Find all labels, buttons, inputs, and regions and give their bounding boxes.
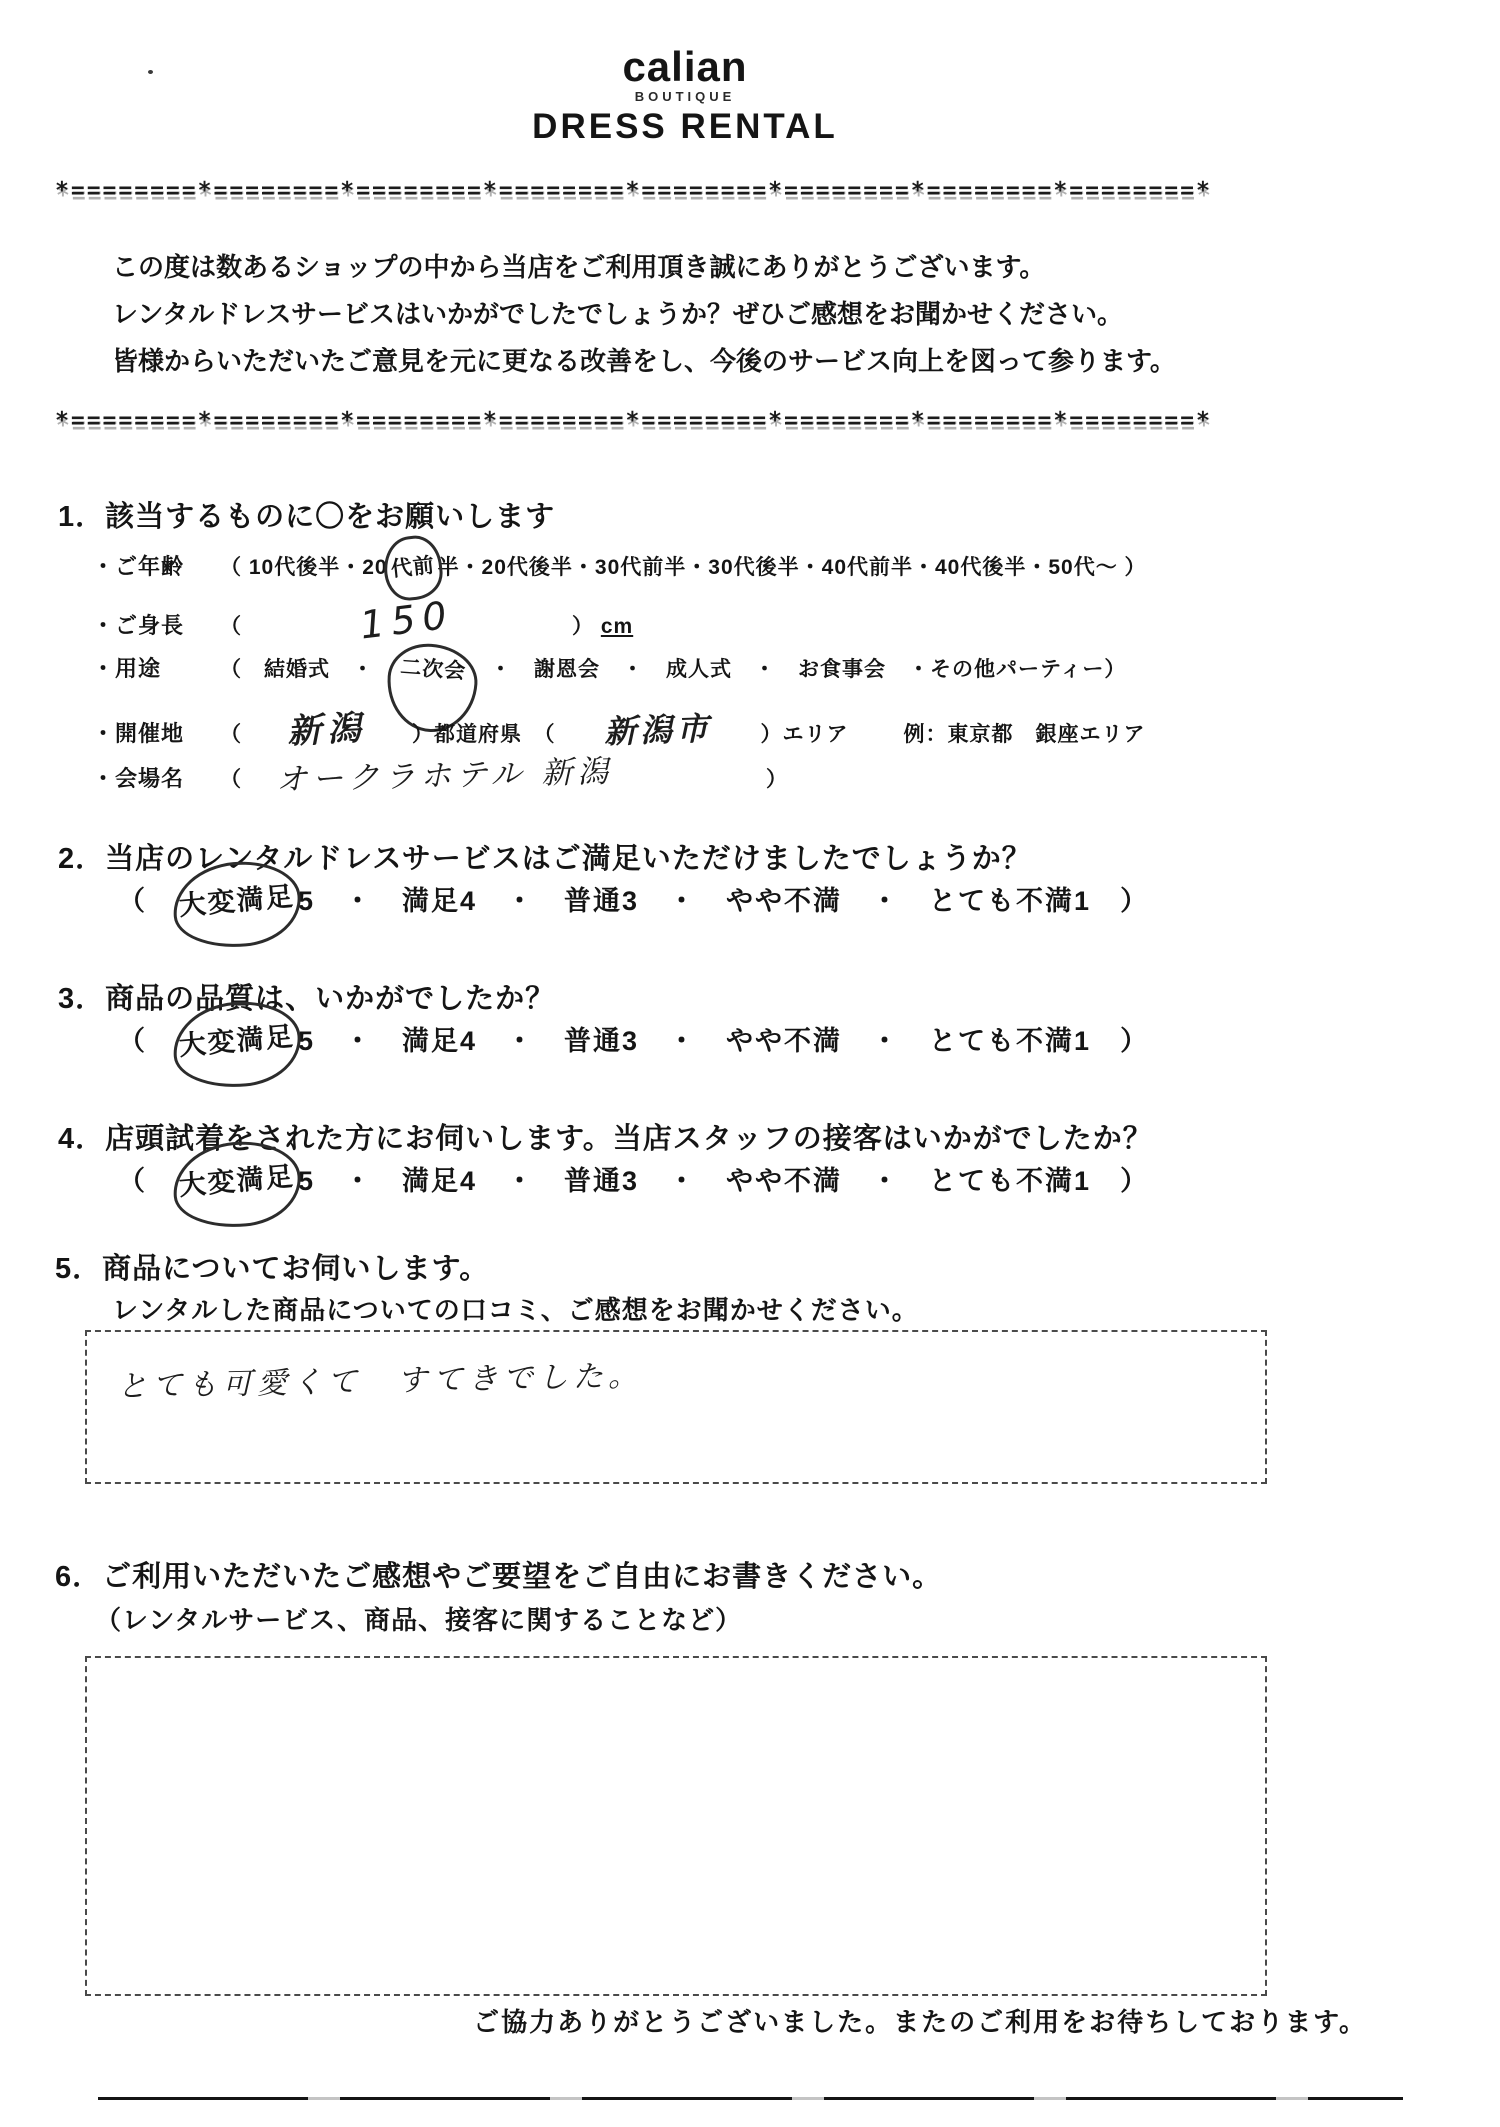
brand-sub-label: BOUTIQUE [0, 89, 1370, 104]
brand-logo: calian [0, 46, 1370, 88]
closing-thanks-text: ご協力ありがとうございました。またのご利用をお待ちしております。 [0, 2002, 1367, 2039]
q2-options-before: （ [118, 886, 176, 916]
q5-handwritten-answer: とても可愛くて すてきでした。 [117, 1350, 644, 1405]
area-handwritten-value: 新潟市 [603, 703, 713, 753]
height-answer-slot: 150 [242, 598, 572, 642]
document-title: DRESS RENTAL [0, 107, 1370, 147]
place-paren-close-2: ） [761, 723, 783, 746]
height-paren-open: （ [220, 615, 242, 638]
question-6-comment-box [85, 1656, 1267, 1996]
question-5-subtitle: レンタルした商品についての口コミ、ご感想をお聞かせください。 [112, 1290, 919, 1327]
area-answer-slot: 新潟市 [556, 705, 761, 751]
q4-options-after: 5 ・ 満足4 ・ 普通3 ・ やや不満 ・ とても不満1 ） [298, 1166, 1149, 1196]
age-row: ・ご年齢（ 10代後半・20代前半・20代後半・30代前半・30代後半・40代前… [92, 548, 1147, 584]
place-paren-open-2: （ [544, 723, 556, 746]
venue-row: ・会場名（オークラホテル 新潟） [92, 750, 788, 795]
question-1-title: 1．該当するものに〇をお願いします [58, 494, 555, 535]
venue-paren-open: （ [220, 768, 242, 791]
purpose-options-after: ・ 謝恩会 ・ 成人式 ・ お食事会 ・その他パーティー） [468, 658, 1126, 681]
height-row: ・ご身長（150） cm [92, 598, 633, 642]
q4-options-before: （ [118, 1166, 176, 1196]
intro-paragraph: この度は数あるショップの中から当店をご利用頂き誠にありがとうございます。 レンタ… [112, 244, 1176, 385]
question-2-options: （ 大変満足5 ・ 満足4 ・ 普通3 ・ やや不満 ・ とても不満1 ） [118, 876, 1149, 921]
q3-options-before: （ [118, 1026, 176, 1056]
height-paren-close: ） [572, 615, 594, 638]
question-4-options: （ 大変満足5 ・ 満足4 ・ 普通3 ・ やや不満 ・ とても不満1 ） [118, 1156, 1149, 1201]
age-label: ・ご年齢 [92, 550, 220, 581]
place-paren-open: （ [220, 723, 242, 746]
separator-line-middle: *========*========*========*========*===… [55, 408, 1380, 434]
survey-document: calian BOUTIQUE DRESS RENTAL *========*=… [0, 0, 1500, 2127]
height-label: ・ご身長 [92, 609, 220, 640]
question-3-title: 3．商品の品質は、いかがでしたか？ [58, 976, 555, 1017]
prefecture-handwritten-value: 新潟 [286, 700, 368, 753]
question-5-title: 5．商品についてお伺いします。 [55, 1246, 489, 1287]
venue-handwritten-value: オークラホテル 新潟 [275, 746, 613, 800]
height-handwritten-value: 150 [358, 592, 456, 647]
venue-label: ・会場名 [92, 762, 220, 793]
scan-bottom-line [98, 2097, 1403, 2100]
document-header: calian BOUTIQUE DRESS RENTAL [0, 46, 1370, 147]
place-label: ・開催地 [92, 717, 220, 748]
prefecture-answer-slot: 新潟 [242, 702, 412, 751]
age-options-before: （ 10代後半・20 [220, 556, 388, 579]
age-selected-circle-mark: 代前 [380, 533, 444, 603]
intro-line-2: レンタルドレスサービスはいかがでしたでしょうか？ぜひご感想をお聞かせください。 [112, 291, 1176, 338]
venue-answer-slot: オークラホテル 新潟 [242, 750, 766, 795]
venue-paren-close: ） [766, 768, 788, 791]
question-6-subtitle: （レンタルサービス、商品、接客に関することなど） [95, 1600, 742, 1637]
q2-options-after: 5 ・ 満足4 ・ 普通3 ・ やや不満 ・ とても不満1 ） [298, 886, 1149, 916]
age-options-after: 半・20代後半・30代前半・30代後半・40代前半・40代後半・50代～ ） [438, 556, 1147, 579]
question-5-comment-box: とても可愛くて すてきでした。 [85, 1330, 1267, 1484]
purpose-options-before: （ 結婚式 ・ [220, 658, 396, 681]
place-prefecture-suffix: 都道府県 [434, 723, 522, 746]
intro-line-3: 皆様からいただいたご意見を元に更なる改善をし、今後のサービス向上を図って参ります… [112, 338, 1176, 385]
place-row: ・開催地（新潟）都道府県 （新潟市）エリア例：東京都 銀座エリア [92, 702, 1146, 751]
place-area-suffix: エリア [783, 723, 849, 746]
purpose-label: ・用途 [92, 652, 220, 683]
purpose-row: ・用途（ 結婚式 ・ 二次会 ・ 謝恩会 ・ 成人式 ・ お食事会 ・その他パー… [92, 650, 1126, 686]
question-3-options: （ 大変満足5 ・ 満足4 ・ 普通3 ・ やや不満 ・ とても不満1 ） [118, 1016, 1149, 1061]
separator-line-top: *========*========*========*========*===… [55, 178, 1380, 204]
place-example-text: 例：東京都 銀座エリア [904, 723, 1146, 746]
question-6-title: 6．ご利用いただいたご感想やご要望をご自由にお書きください。 [55, 1554, 942, 1595]
place-paren-close: ） [412, 723, 434, 746]
height-unit: cm [601, 615, 633, 638]
q3-options-after: 5 ・ 満足4 ・ 普通3 ・ やや不満 ・ とても不満1 ） [298, 1026, 1149, 1056]
intro-line-1: この度は数あるショップの中から当店をご利用頂き誠にありがとうございます。 [112, 244, 1176, 291]
